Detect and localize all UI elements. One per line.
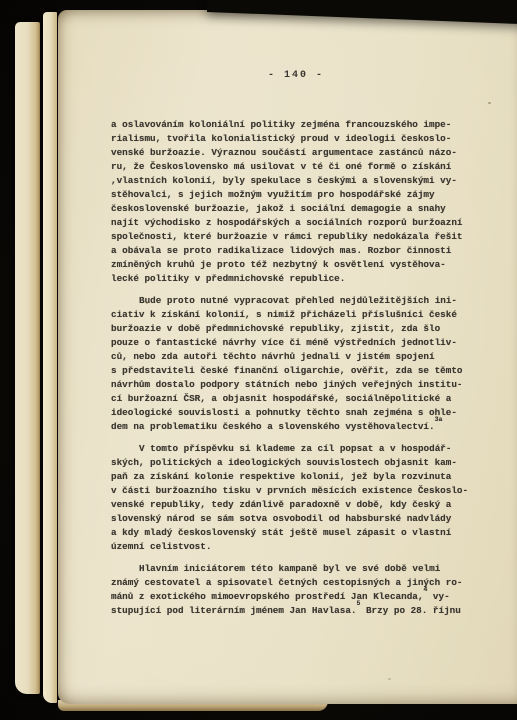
text-line: pouze o fantastické návrhy více či méně … — [111, 336, 483, 350]
paragraph: a oslavováním koloniální politiky zejmén… — [111, 118, 483, 286]
text-line: ských, politických a ideologických souvi… — [111, 456, 483, 470]
paragraph: V tomto příspěvku si klademe za cíl pops… — [111, 442, 483, 554]
text-line: československé buržoazie, jakož i sociál… — [111, 202, 483, 216]
text-line: rialismu, tvořila kolonialistický proud … — [111, 132, 483, 146]
text-line: stupující pod literárním jménem Jan Havl… — [111, 604, 483, 618]
text-line: a obávala se proto radikalizace lidových… — [111, 244, 483, 258]
text-line: buržoazie v době předmnichovské republik… — [111, 322, 483, 336]
paper-speck — [488, 102, 491, 104]
book-photo: - 140 - a oslavováním koloniální politik… — [0, 0, 517, 720]
text-line: známý cestovatel a spisovatel četných ce… — [111, 576, 483, 590]
text-line: ,vlastních kolonií, byly spekulace s čes… — [111, 174, 483, 188]
text-line: ideologické souvislosti a pohnutky těcht… — [111, 406, 483, 420]
paper-speck — [146, 302, 148, 304]
text-line: Bude proto nutné vypracovat přehled nejd… — [111, 294, 483, 308]
text-line: paň za získání kolonie respektive koloni… — [111, 470, 483, 484]
page-number: - 140 - — [110, 70, 482, 81]
text-line: a oslavováním koloniální politiky zejmén… — [111, 118, 483, 132]
text-line: stěhovalci, s jejich možným využitím pro… — [111, 188, 483, 202]
text-line: dem na problematiku českého a slovenskéh… — [111, 420, 483, 434]
page-edge-stack-inner — [43, 12, 57, 703]
text-line: Hlavním iniciátorem této kampaně byl ve … — [111, 562, 483, 576]
book-page: - 140 - a oslavováním koloniální politik… — [58, 10, 517, 704]
text-line: lecké politiky v předmnichovské republic… — [111, 272, 483, 286]
text-line: ců, nebo zda autoři těchto návrhů jednal… — [111, 350, 483, 364]
footnote-marker: 3a — [435, 416, 443, 423]
text-line: územní celistvost. — [111, 540, 483, 554]
text-line: mánů z exotického mimoevropského prostře… — [111, 590, 483, 604]
text-line: ru, že Československo má usilovat v té č… — [111, 160, 483, 174]
text-line: společnosti, které buržoazie v rámci rep… — [111, 230, 483, 244]
text-line: návrhům dostalo podpory státních nebo ji… — [111, 378, 483, 392]
text-line: venské republiky, tedy zdánlivě paradoxn… — [111, 498, 483, 512]
paper-speck — [388, 678, 391, 680]
text-line: venské buržoazie. Výraznou součástí argu… — [111, 146, 483, 160]
paragraph: Hlavním iniciátorem této kampaně byl ve … — [111, 562, 483, 618]
footnote-marker: 4 — [423, 586, 427, 593]
text-line: najít východisko z hospodářských a sociá… — [111, 216, 483, 230]
text-line: s představiteli české finanční oligarchi… — [111, 364, 483, 378]
text-line: ciativ k získání kolonií, s nimiž přichá… — [111, 308, 483, 322]
page-edge-stack-outer — [15, 22, 40, 694]
text-block: a oslavováním koloniální politiky zejmén… — [111, 118, 483, 618]
text-line: cí buržoazní ČSR, a objasnit hospodářské… — [111, 392, 483, 406]
text-line: v části buržoazního tisku v prvních měsí… — [111, 484, 483, 498]
footnote-marker: 5 — [356, 600, 360, 607]
text-line: a kdy mladý československý stát ještě mu… — [111, 526, 483, 540]
text-line: V tomto příspěvku si klademe za cíl pops… — [111, 442, 483, 456]
paragraph: Bude proto nutné vypracovat přehled nejd… — [111, 294, 483, 434]
text-line: slovenský národ se sám sotva osvobodil o… — [111, 512, 483, 526]
text-line: zmíněných kruhů je proto též nezbytný k … — [111, 258, 483, 272]
